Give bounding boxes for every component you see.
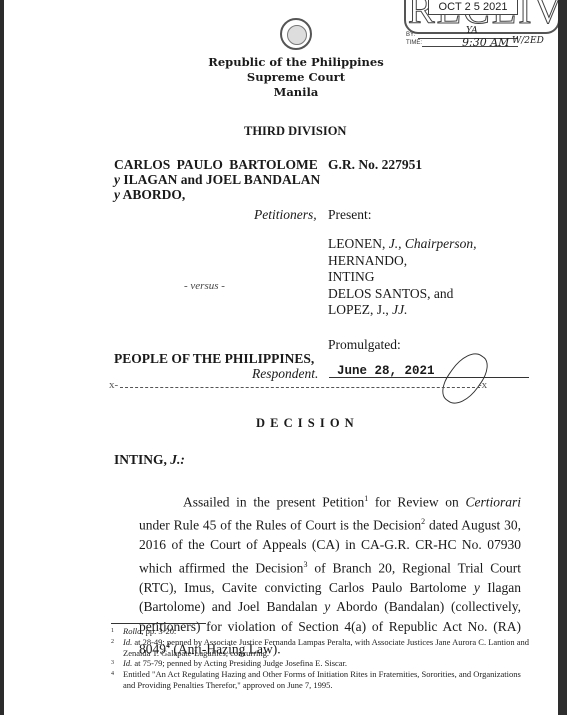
- footnotes: 1Rollo, pp. 3-20. 2Id. at 28-49; penned …: [111, 626, 531, 691]
- separator-dashed-line: [120, 387, 480, 388]
- decision-title: D E C I S I O N: [256, 416, 355, 431]
- stamp-by-initials: YA: [466, 26, 478, 36]
- stamp-extra-mark: W/2ED: [512, 36, 544, 46]
- footnote-1: 1Rollo, pp. 3-20.: [111, 626, 531, 637]
- promulgated-label: Promulgated:: [328, 337, 401, 353]
- viewer-right-border: [558, 0, 567, 715]
- justices-list: LEONEN, J., Chairperson, HERNANDO, INTIN…: [328, 236, 477, 319]
- petitioners-role: Petitioners,: [254, 207, 317, 223]
- separator-right: -x: [478, 379, 487, 391]
- present-label: Present:: [328, 207, 372, 223]
- stamp-time-value: 9:30 AM: [462, 36, 509, 49]
- respondent-name: PEOPLE OF THE PHILIPPINES,: [114, 351, 314, 367]
- petitioners-line-1: CARLOS PAULO BARTOLOME: [114, 157, 318, 173]
- separator-left: x-: [109, 379, 118, 391]
- justice-leonen: LEONEN, J., Chairperson,: [328, 236, 477, 253]
- stamp-time-label: TIME:: [406, 40, 422, 46]
- header-supreme-court: Supreme Court: [196, 70, 396, 84]
- ponente: INTING, J.:: [114, 452, 185, 468]
- supreme-court-seal-icon: [280, 18, 312, 50]
- versus-label: - versus -: [184, 280, 225, 292]
- document-page: RECEIVED OCT 2 5 2021 BY: TIME: YA 9:30 …: [4, 0, 558, 715]
- footnote-4: 4Entitled "An Act Regulating Hazing and …: [111, 669, 531, 691]
- stamp-by-label: BY:: [406, 32, 415, 38]
- division-title: THIRD DIVISION: [244, 124, 346, 139]
- header-manila: Manila: [196, 85, 396, 99]
- stamp-date: OCT 2 5 2021: [428, 0, 518, 15]
- petitioners-line-3: y ABORDO,: [114, 187, 185, 203]
- petitioners-line-2: y ILAGAN and JOEL BANDALAN: [114, 172, 320, 188]
- footnote-rule: [111, 623, 206, 624]
- petitioners-line-3-text: ABORDO,: [120, 187, 185, 202]
- promulgated-date: June 28, 2021: [337, 364, 435, 378]
- justice-hernando: HERNANDO,: [328, 253, 477, 270]
- gr-number: G.R. No. 227951: [328, 157, 422, 173]
- promulgated-underline: [329, 377, 529, 378]
- justice-delos-santos: DELOS SANTOS, and: [328, 286, 477, 303]
- petitioners-line-2-text: ILAGAN and JOEL BANDALAN: [120, 172, 320, 187]
- justice-inting: INTING: [328, 269, 477, 286]
- justice-lopez: LOPEZ, J., JJ.: [328, 302, 477, 319]
- footnote-3: 3Id. at 75-79; penned by Acting Presidin…: [111, 658, 531, 669]
- header-republic: Republic of the Philippines: [196, 55, 396, 69]
- respondent-role: Respondent.: [252, 366, 318, 382]
- footnote-2: 2Id. at 28-49; penned by Associate Justi…: [111, 637, 531, 659]
